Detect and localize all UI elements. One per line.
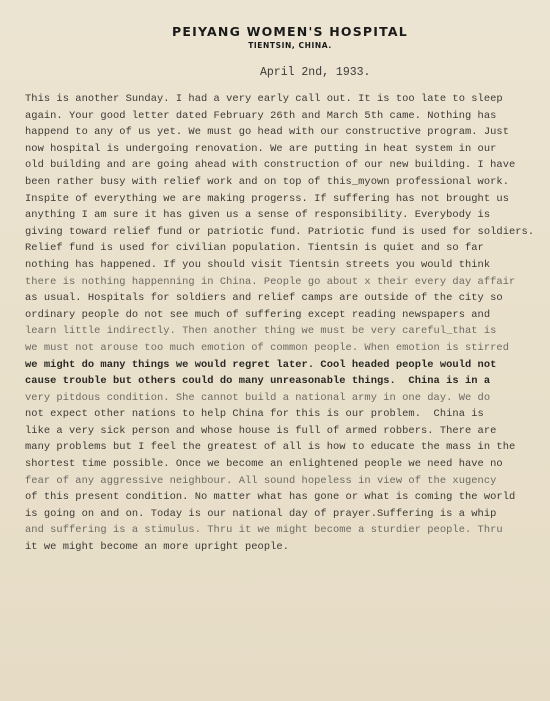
body-line: old building and are going ahead with co… (25, 157, 545, 174)
letter-body: This is another Sunday. I had a very ear… (25, 91, 545, 556)
body-line: shortest time possible. Once we become a… (25, 456, 545, 473)
letterhead: PEIYANG WOMEN'S HOSPITAL TIENTSIN, CHINA… (0, 24, 550, 50)
organization-name: PEIYANG WOMEN'S HOSPITAL (30, 24, 550, 39)
body-line: Inspite of everything we are making prog… (25, 191, 545, 208)
body-line: it we might become an more upright peopl… (25, 539, 545, 556)
body-line: there is nothing happenning in China. Pe… (25, 274, 545, 291)
body-line: learn little indirectly. Then another th… (25, 323, 545, 340)
letter-page: PEIYANG WOMEN'S HOSPITAL TIENTSIN, CHINA… (0, 0, 550, 701)
body-line: we must not arouse too much emotion of c… (25, 340, 545, 357)
body-line: and suffering is a stimulus. Thru it we … (25, 522, 545, 539)
body-line: This is another Sunday. I had a very ear… (25, 91, 545, 108)
body-line: as usual. Hospitals for soldiers and rel… (25, 290, 545, 307)
body-line: very pitdous condition. She cannot build… (25, 390, 545, 407)
body-line: nothing has happened. If you should visi… (25, 257, 545, 274)
body-line: like a very sick person and whose house … (25, 423, 545, 440)
body-line: been rather busy with relief work and on… (25, 174, 545, 191)
organization-location: TIENTSIN, CHINA. (30, 41, 550, 50)
body-line: is going on and on. Today is our nationa… (25, 506, 545, 523)
body-line: giving toward relief fund or patriotic f… (25, 224, 545, 241)
body-line: we might do many things we would regret … (25, 357, 545, 374)
body-line: happend to any of us yet. We must go hea… (25, 124, 545, 141)
body-line: anything I am sure it has given us a sen… (25, 207, 545, 224)
body-line: again. Your good letter dated February 2… (25, 108, 545, 125)
body-line: not expect other nations to help China f… (25, 406, 545, 423)
body-line: cause trouble but others could do many u… (25, 373, 545, 390)
letter-date: April 2nd, 1933. (260, 66, 370, 79)
body-line: of this present condition. No matter wha… (25, 489, 545, 506)
body-line: fear of any aggressive neighbour. All so… (25, 473, 545, 490)
body-line: Relief fund is used for civilian populat… (25, 240, 545, 257)
body-line: many problems but I feel the greatest of… (25, 439, 545, 456)
body-line: now hospital is undergoing renovation. W… (25, 141, 545, 158)
body-line: ordinary people do not see much of suffe… (25, 307, 545, 324)
